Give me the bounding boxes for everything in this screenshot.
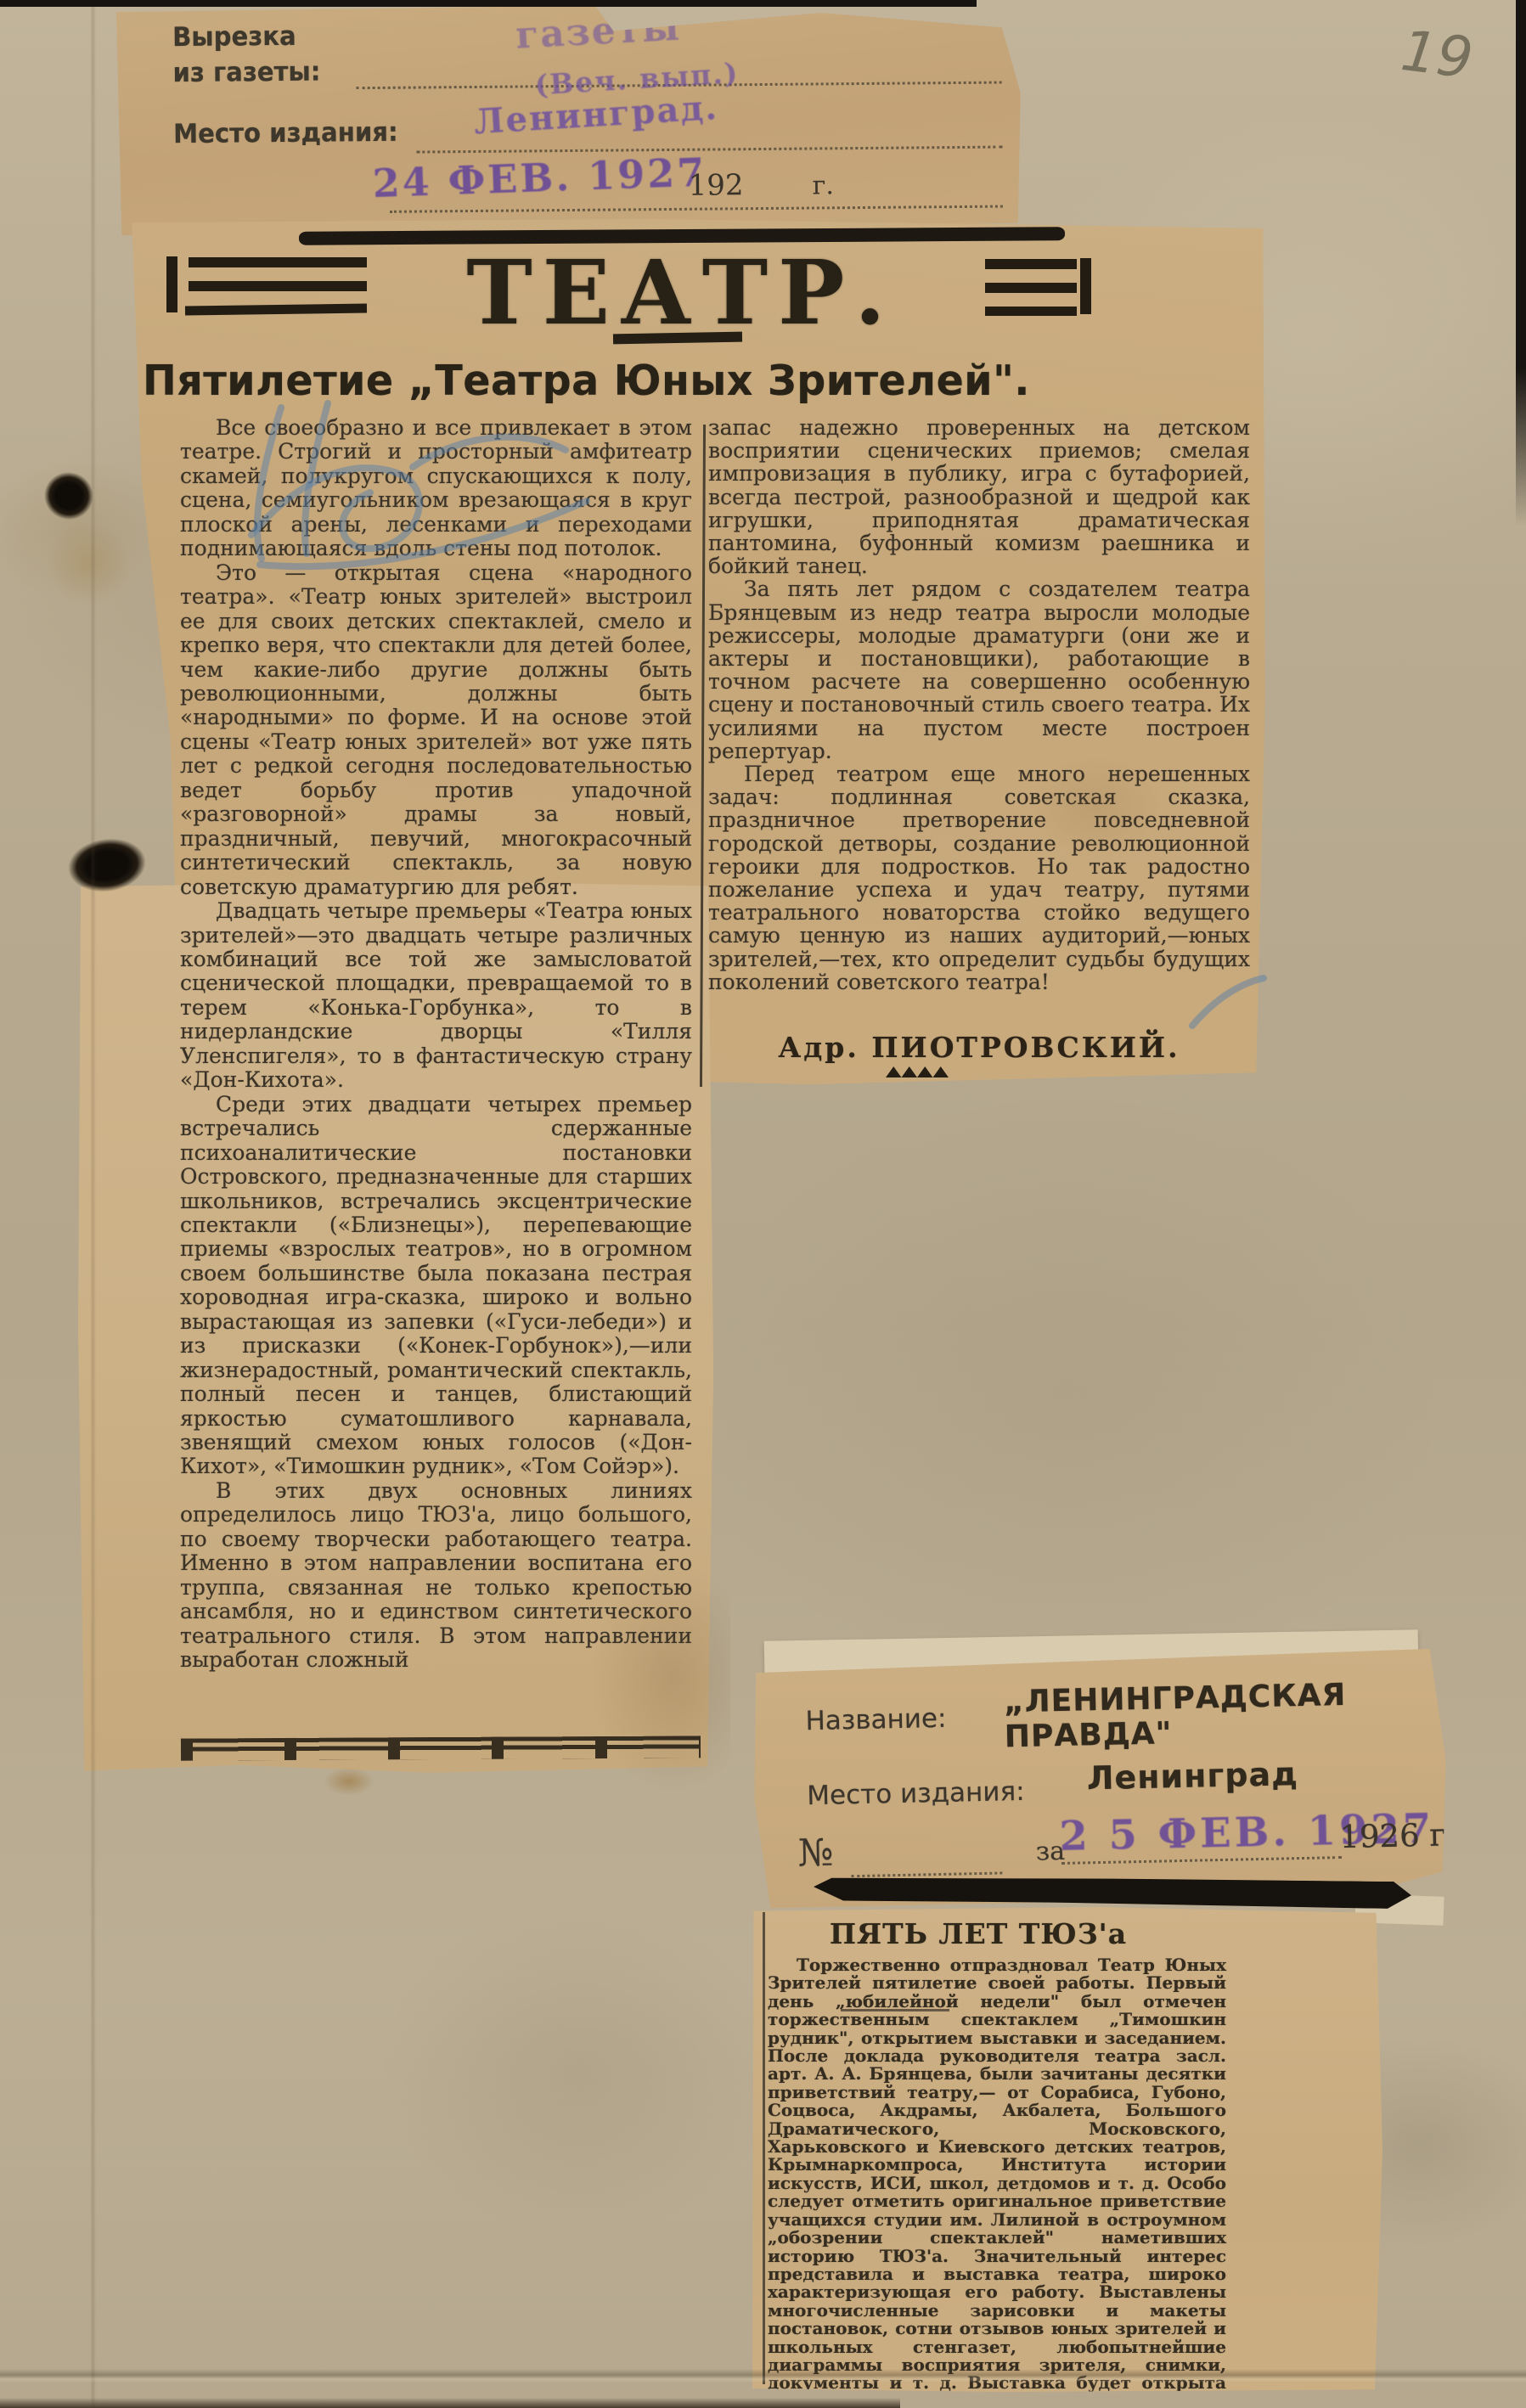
punch-hole: [40, 468, 98, 525]
dotted-line: [851, 1871, 1002, 1877]
clipping-left-rule: [763, 1912, 765, 2384]
top-form-label-cutting: Вырезка: [172, 21, 296, 53]
masthead-decor-bar: [985, 307, 1077, 316]
place-value: Ленинград: [1087, 1755, 1299, 1797]
clipping-bottom-ornament: [181, 1736, 701, 1760]
top-form-slip: Вырезка из газеты: газеты (Веч. вып.) Ле…: [116, 0, 1022, 240]
top-form-label-place: Место издания:: [173, 117, 398, 149]
top-form-label-from-newspaper: из газеты:: [172, 57, 320, 89]
article-headline: Пятилетие „Театра Юных Зрителей".: [143, 357, 975, 405]
masthead-decor-stub-right: [1080, 258, 1091, 314]
newspaper-name-value: „ЛЕНИНГРАДСКАЯ ПРАВДА": [1004, 1675, 1446, 1754]
masthead-decor-bar: [189, 257, 367, 267]
bottom-article-title: ПЯТЬ ЛЕТ ТЮЗ'а: [766, 1917, 1191, 1950]
date-stamp-24-feb-1927: 24 ФЕВ. 1927: [372, 149, 707, 206]
paragraph: Все своеобразно и все привлекает в этом …: [180, 416, 692, 561]
photo-edge-bottom: [0, 2398, 900, 2408]
paper-fold-line: [0, 2369, 1526, 2383]
photo-edge-top: [0, 0, 977, 7]
paragraph: запас надежно проверенных на детском вос…: [708, 416, 1250, 577]
printed-year: 1926 г: [1339, 1816, 1446, 1855]
article-column-left: Все своеобразно и все привлекает в этом …: [180, 416, 692, 1673]
paragraph: Перед театром еще много нерешенных задач…: [708, 762, 1250, 993]
bottom-form-slip: Название: „ЛЕНИНГРАДСКАЯ ПРАВДА" Место и…: [752, 1648, 1449, 1910]
paragraph: Двадцать четыре премьеры «Театра юных зр…: [180, 899, 692, 1093]
dotted-line: [416, 146, 1002, 154]
author-signature: Адр. ПИОТРОВСКИЙ.: [708, 1031, 1250, 1064]
masthead-decor-bar: [189, 281, 367, 291]
city-stamp: Ленинград.: [473, 87, 719, 142]
printed-year-suffix: г.: [813, 171, 835, 200]
paragraph: За пять лет рядом с создателем театра Бр…: [708, 577, 1250, 762]
paragraph: Среди этих двадцати четырех премьер встр…: [180, 1093, 692, 1479]
paper-crease: [90, 0, 96, 2408]
scrapbook-page: Вырезка из газеты: газеты (Веч. вып.) Ле…: [0, 0, 1526, 2408]
newspaper-name-stamp-fragment: газеты: [515, 6, 682, 58]
section-masthead: ТЕАТР.: [384, 248, 978, 338]
bottom-newspaper-clipping: ПЯТЬ ЛЕТ ТЮЗ'а Торжественно отпраздновал…: [747, 1907, 1382, 2394]
bottom-article-body: Торжественно отпраздновал Театр Юных Зри…: [768, 1956, 1226, 2408]
masthead-decor-bar: [985, 283, 1077, 293]
masthead-decor-bar: [985, 259, 1077, 269]
article-column-right: запас надежно проверенных на детском вос…: [708, 416, 1250, 993]
paragraph: В этих двух основных линиях определилось…: [180, 1479, 692, 1673]
paragraph: Это — открытая сцена «народного театра».…: [180, 561, 692, 899]
dotted-line: [390, 205, 1003, 213]
handwritten-page-number: 19: [1398, 18, 1506, 95]
photo-edge-right: [1516, 0, 1526, 526]
printed-year-blank: 192: [689, 168, 744, 203]
masthead-decor-stub-left: [166, 256, 177, 312]
paper-stain: [34, 509, 144, 620]
number-label: №: [797, 1831, 834, 1876]
bottom-form-label-place: Место издания:: [807, 1776, 1025, 1811]
bottom-form-label-name: Название:: [805, 1703, 947, 1736]
